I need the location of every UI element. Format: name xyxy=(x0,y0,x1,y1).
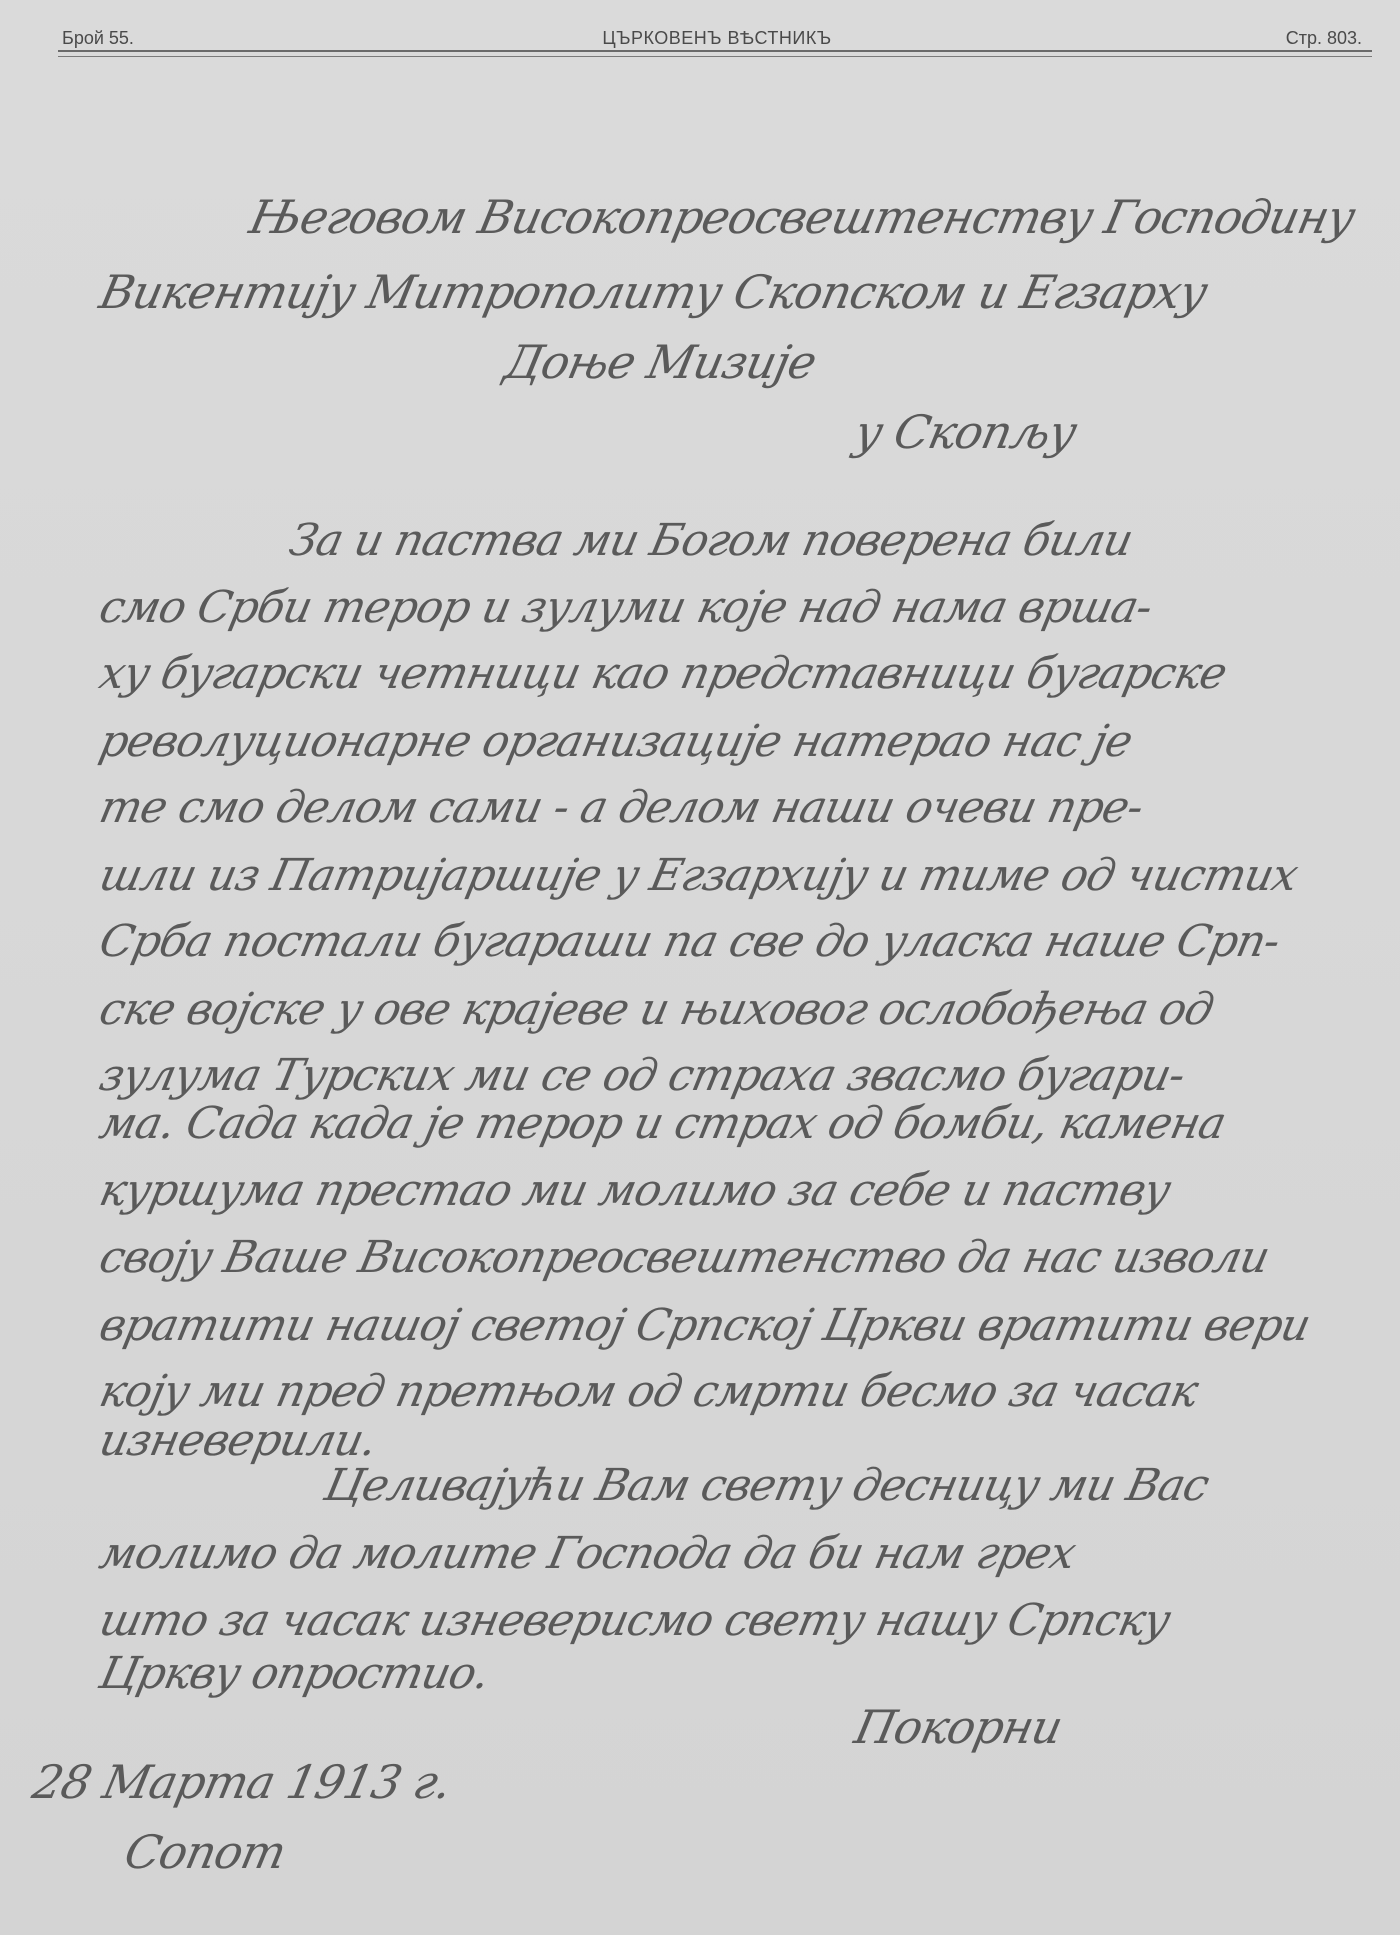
body-line: смо Срби терор и зулуми које над нама вр… xyxy=(95,582,1156,633)
address-line-3: Доње Мизије xyxy=(500,335,821,389)
body-line: За и паства ми Богом поверена били xyxy=(285,515,1137,566)
body-line: Целивајући Вам свету десницу ми Вас xyxy=(320,1460,1213,1511)
body-line: што за часак изневерисмо свету нашу Српс… xyxy=(95,1595,1174,1646)
body-line: револуционарне организације натерао нас … xyxy=(95,716,1136,767)
body-line: зулума Турских ми се од страха звасмо бу… xyxy=(95,1050,1189,1101)
body-line: шли из Патријаршије у Егзархију и тиме о… xyxy=(95,850,1302,901)
address-line-2: Викентију Митрополиту Скопском и Егзарху xyxy=(95,265,1212,319)
body-line: коју ми пред претњом од смрти бесмо за ч… xyxy=(95,1366,1202,1417)
body-line: Срба постали бугараши па све до уласка н… xyxy=(95,916,1284,967)
letter-place: Сопот xyxy=(120,1825,290,1879)
body-line: куршума престао ми молимо за себе и паст… xyxy=(95,1165,1175,1216)
page-header: Брой 55. ЦЪРКОВЕНЪ ВѢСТНИКЪ Стр. 803. xyxy=(62,22,1372,52)
header-rule xyxy=(58,50,1372,57)
document-page: Брой 55. ЦЪРКОВЕНЪ ВѢСТНИКЪ Стр. 803. Ње… xyxy=(0,0,1400,1935)
address-line-1: Његовом Високопреосвештенству Господину xyxy=(245,190,1359,244)
body-line: молимо да молите Господа да би нам грех xyxy=(95,1528,1080,1579)
body-line: вратити нашој светој Српској Цркви врати… xyxy=(95,1300,1314,1351)
page-number: Стр. 803. xyxy=(1286,28,1362,49)
letter-date: 28 Марта 1913 г. xyxy=(28,1755,456,1809)
body-line: Цркву опростио. xyxy=(95,1648,493,1699)
body-line: своју Ваше Високопреосвештенство да нас … xyxy=(95,1232,1274,1283)
body-line: ма. Сада када је терор и страх од бомби,… xyxy=(95,1098,1230,1149)
address-line-4: у Скопљу xyxy=(850,405,1081,459)
body-line: ске војске у ове крајеве и њиховог ослоб… xyxy=(95,984,1218,1035)
body-line: изневерили. xyxy=(95,1415,381,1466)
body-line: те смо делом сами - а делом наши очеви п… xyxy=(95,782,1147,833)
body-line: ху бугарски четници као представници буг… xyxy=(95,648,1231,699)
closing-signature: Покорни xyxy=(850,1700,1067,1754)
newspaper-title: ЦЪРКОВЕНЪ ВѢСТНИКЪ xyxy=(62,28,1372,49)
